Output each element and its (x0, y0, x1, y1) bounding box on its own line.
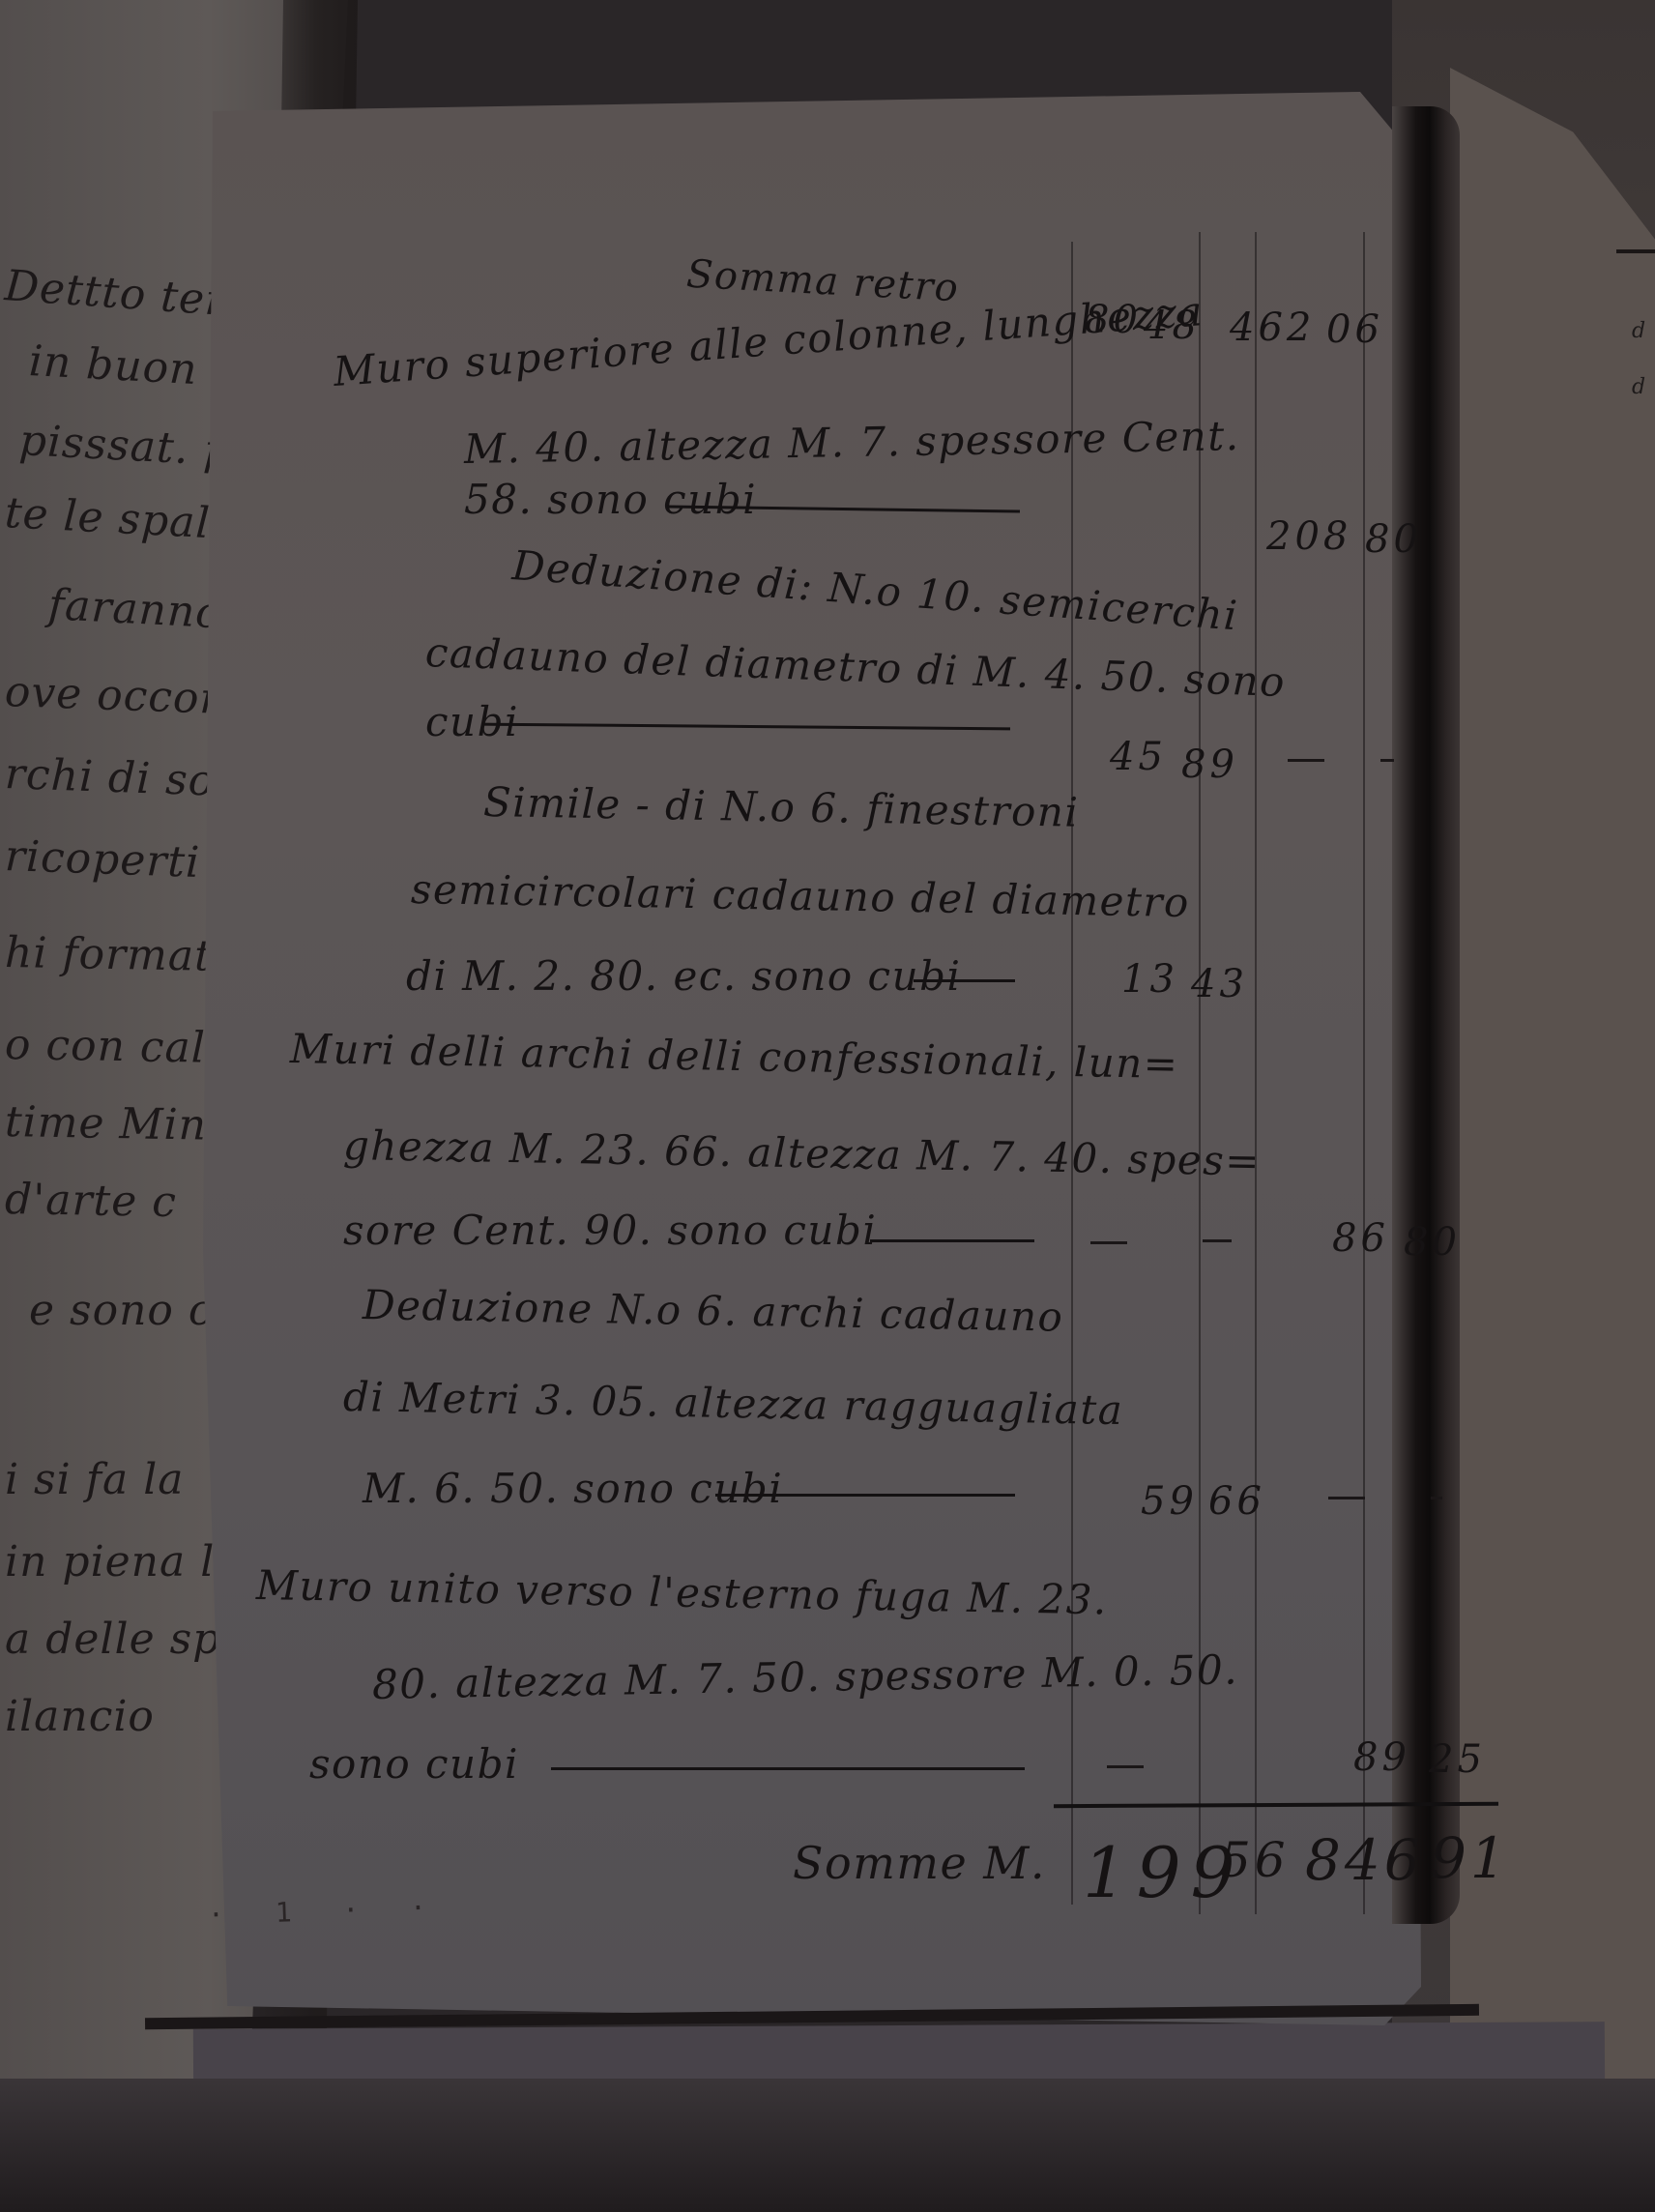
left-page-line: hi formato (5, 928, 240, 981)
col-a-decimal: 43 (1191, 962, 1248, 1006)
left-page-line: time Mino (5, 1097, 234, 1150)
col-a-integer-dash (1107, 1765, 1144, 1768)
col-a-integer: 45 (1110, 735, 1167, 779)
entry-leader-rule (715, 1494, 1015, 1497)
entry-line: sore Cent. 90. sono cubi (343, 1207, 877, 1254)
entry-leader-rule (551, 1767, 1025, 1770)
col-b-integer: 86 (1332, 1216, 1389, 1261)
background-letter: d (1632, 375, 1645, 399)
entry-leader-rule (870, 1239, 1034, 1242)
background-rule (1616, 249, 1655, 253)
entry-line: sono cubi (309, 1740, 519, 1788)
col-a-decimal-dash (1203, 1239, 1232, 1242)
total-col-a-decimal: 56 (1220, 1832, 1290, 1888)
left-page-line: ilancio (5, 1692, 155, 1741)
entry-leader-rule (914, 979, 1015, 982)
col-b-integer: 208 (1266, 514, 1351, 559)
col-b-integer: 462 (1230, 306, 1315, 350)
entry-line: M. 6. 50. sono cubi (363, 1465, 783, 1512)
column-rule (1363, 232, 1365, 1914)
col-b-decimal: 06 (1326, 307, 1383, 352)
col-b-decimal: 80 (1404, 1220, 1461, 1265)
entry-line: cubi (425, 698, 519, 745)
total-col-b-integer: 846 (1305, 1827, 1424, 1893)
col-b-decimal-dash (1431, 1497, 1442, 1499)
desk-surface (0, 2079, 1655, 2212)
col-a-integer: 13 (1121, 957, 1178, 1002)
col-b-integer: 89 (1353, 1735, 1410, 1780)
left-page-line: a delle sp (5, 1615, 220, 1664)
left-page-line: in piena le (5, 1537, 241, 1586)
col-b-decimal-dash (1380, 759, 1394, 762)
col-a-integer-dash (1090, 1241, 1127, 1244)
col-a-decimal: 66 (1208, 1479, 1265, 1524)
background-letter: d (1632, 319, 1645, 343)
col-a-integer: 59 (1141, 1479, 1198, 1524)
col-b-decimal: 25 (1429, 1737, 1486, 1782)
total-label: Somme M. (793, 1837, 1046, 1889)
total-col-b-decimal: 91 (1431, 1825, 1510, 1891)
entry-line: 58. sono cubi (464, 476, 757, 523)
col-b-decimal: 80 (1365, 517, 1422, 562)
column-rule (1255, 232, 1257, 1914)
col-b-integer-dash (1328, 1497, 1365, 1499)
col-a-decimal: 89 (1181, 742, 1238, 787)
left-page-line: d'arte c (5, 1175, 178, 1227)
left-page-line: i si fa la (5, 1455, 185, 1504)
page-stack-edge (1392, 106, 1460, 1924)
col-b-integer-dash (1288, 759, 1324, 762)
entry-line: di M. 2. 80. ec. sono cubi (406, 952, 961, 1000)
